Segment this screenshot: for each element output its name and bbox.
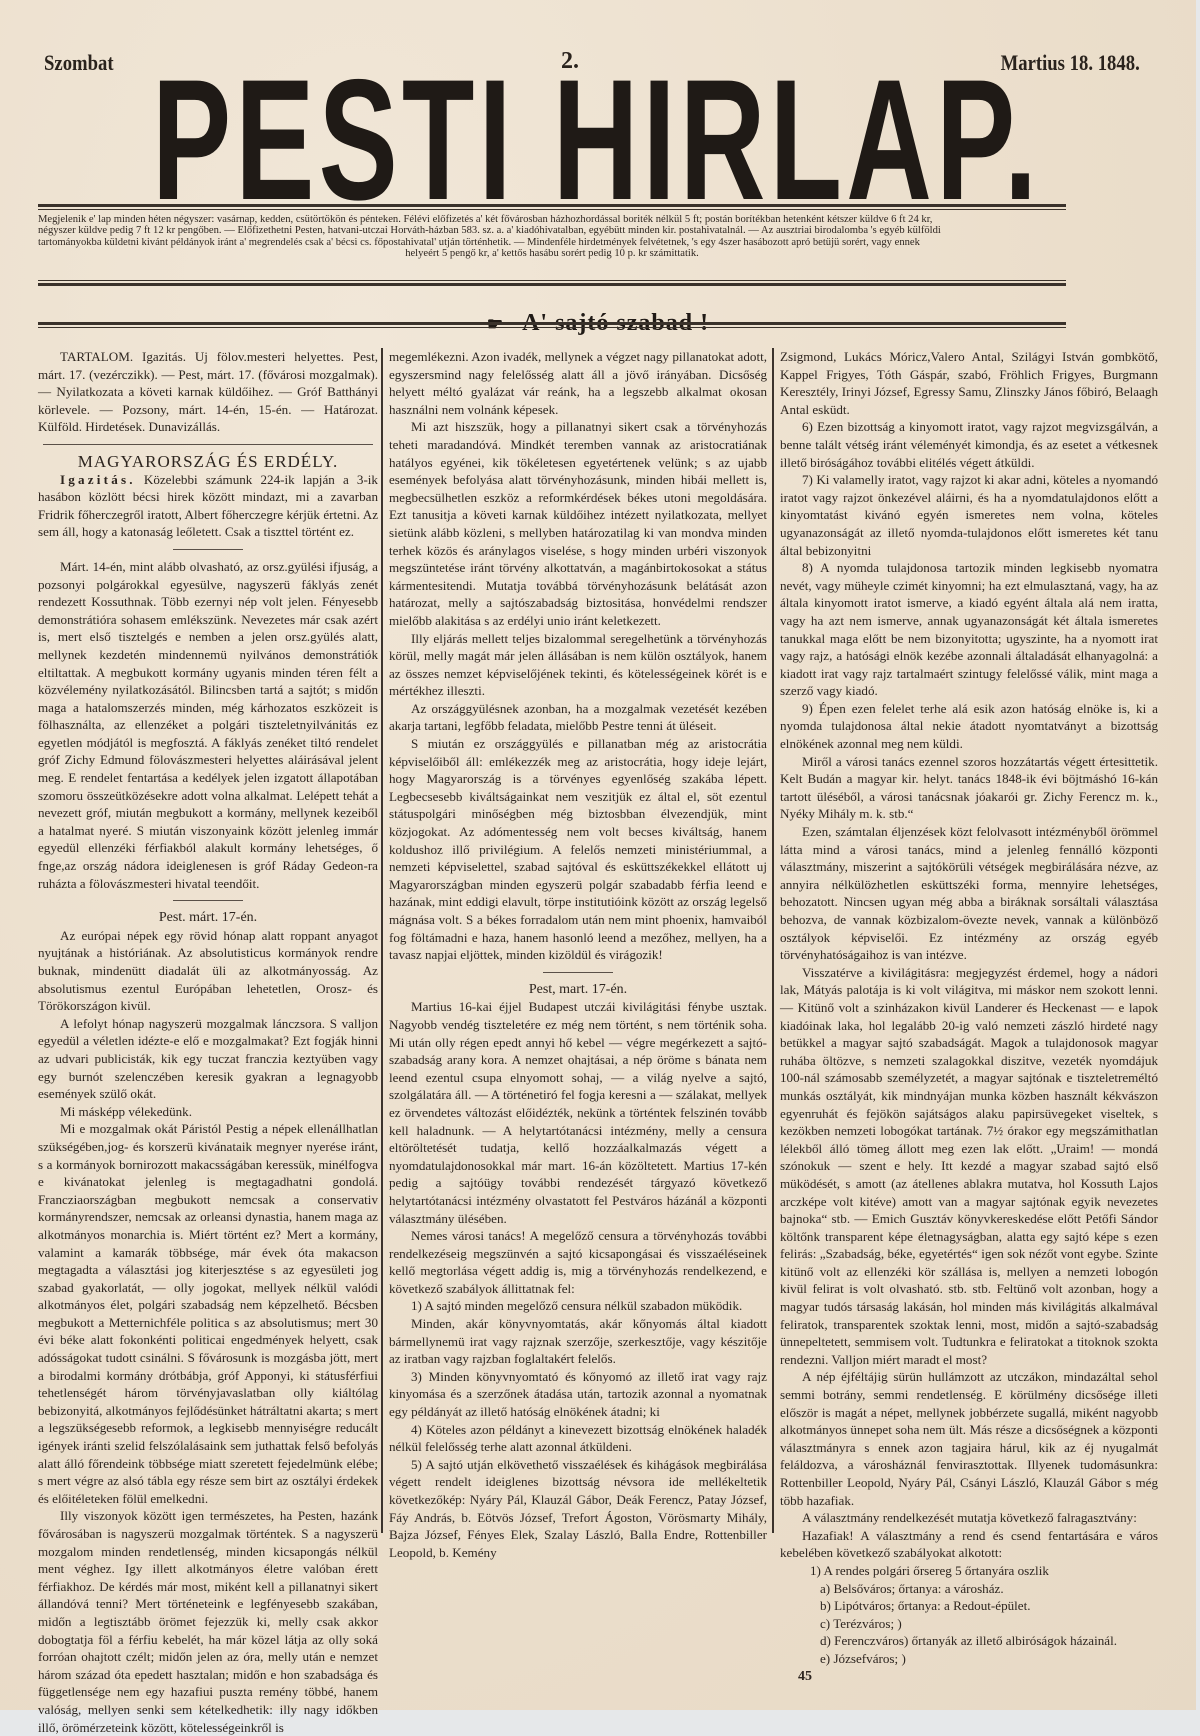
motto-rule-thin <box>38 327 1066 328</box>
column-1: TARTALOM. Igazitás. Uj fölov.mesteri hel… <box>38 348 378 1723</box>
newspaper-title: PESTI HIRLAP. <box>152 78 1032 202</box>
table-of-contents: TARTALOM. Igazitás. Uj fölov.mesteri hel… <box>38 348 378 436</box>
article-paragraph: Nemes városi tanács! A megelőző censura … <box>389 1227 767 1297</box>
decree-rule: 8) A nyomda tulajdonosa tartozik minden … <box>780 559 1158 700</box>
article-paragraph: Ezen, számtalan éljenzések közt felolvas… <box>780 823 1158 964</box>
info-rule-thin <box>38 280 1066 281</box>
correction-label: Igazitás. <box>60 472 136 487</box>
info-line: helyeért 5 pengő kr, a' kettős hasábu so… <box>38 248 1066 259</box>
info-rule-thick <box>38 283 1066 286</box>
article-paragraph: megemlékezni. Azon ivadék, mellynek a vé… <box>389 348 767 418</box>
column-3: Zsigmond, Lukács Móricz,Valero Antal, Sz… <box>780 348 1158 1685</box>
decree-rule: Minden, akár könyvnyomtatás, akár kőnyom… <box>389 1315 767 1368</box>
article-dateline: Pest. márt. 17-én. <box>38 909 378 927</box>
list-intro: 1) A rendes polgári őrsereg 5 őrtanyára … <box>780 1562 1158 1580</box>
separator <box>43 444 373 445</box>
article-paragraph: Visszatérve a kivilágitásra: megjegyzést… <box>780 964 1158 1369</box>
page-number: 45 <box>780 1668 1158 1686</box>
newspaper-page: Szombat 2. Martius 18. 1848. PESTI HIRLA… <box>0 0 1196 1710</box>
column-divider <box>381 348 383 1533</box>
decree-rule: 4) Köteles azon példányt a kinevezett bi… <box>389 1421 767 1456</box>
issue-number: 2. <box>561 48 579 75</box>
issue-date: Martius 18. 1848. <box>1001 50 1140 76</box>
article-paragraph: Illy viszonyok között igen természetes, … <box>38 1507 378 1723</box>
motto-rule-thick <box>38 322 1066 325</box>
article-paragraph: Az országgyülésnek azonban, ha a mozgalm… <box>389 700 767 735</box>
section-heading: MAGYARORSZÁG ÉS ERDÉLY. <box>38 453 378 471</box>
decree-rule: 9) Épen ezen felelet terhe alá esik azon… <box>780 700 1158 753</box>
article-paragraph: A választmány rendelkezését mutatja köve… <box>780 1509 1158 1527</box>
decree-closing: Miről a városi tanács ezennel szoros hoz… <box>780 753 1158 823</box>
info-line: tartományokba küldetni kivánt példányok … <box>38 237 1066 248</box>
list-item: b) Lipótváros; őrtanya: a Redout-épület. <box>780 1597 1158 1615</box>
decree-rule: 7) Ki valamelly iratot, vagy rajzot ki a… <box>780 471 1158 559</box>
article-paragraph: Az európai népek egy rövid hónap alatt r… <box>38 927 378 1015</box>
article-paragraph: Mi e mozgalmak okát Páristól Pestig a né… <box>38 1120 378 1507</box>
masthead-rule-top-thin <box>38 209 1066 210</box>
decree-rule: 5) A sajtó utján elkövethető visszaélése… <box>389 1456 767 1562</box>
article-paragraph: A lefolyt hónap nagyszerü mozgalmak lánc… <box>38 1015 378 1103</box>
subscription-info: Megjelenik e' lap minden héten négyszer:… <box>38 214 1066 260</box>
list-item: a) Belsőváros; őrtanya: a városház. <box>780 1580 1158 1598</box>
list-item: e) Józsefváros; ) <box>780 1650 1158 1668</box>
article-paragraph: S miután ez országgyülés e pillanatban m… <box>389 735 767 964</box>
info-line: Megjelenik e' lap minden héten négyszer:… <box>38 214 1066 225</box>
article-paragraph: Martius 16-kai éjjel Budapest utczái kiv… <box>389 998 767 1227</box>
list-item: d) Ferenczváros) őrtanyák az illető albi… <box>780 1632 1158 1650</box>
decree-rule: 1) A sajtó minden megelőző censura nélkü… <box>389 1297 767 1315</box>
weekday: Szombat <box>44 50 114 76</box>
article-paragraph: A nép éjféltájig sürün hullámzott az utc… <box>780 1368 1158 1509</box>
column-2: megemlékezni. Azon ivadék, mellynek a vé… <box>389 348 767 1561</box>
info-line: négyszer küldve pedig 7 ft 12 kr pengőbe… <box>38 225 1066 236</box>
article-paragraph: Zsigmond, Lukács Móricz,Valero Antal, Sz… <box>780 348 1158 418</box>
article-paragraph: Mi másképp vélekedünk. <box>38 1103 378 1121</box>
article-paragraph: Illy eljárás mellett teljes bizalommal s… <box>389 630 767 700</box>
title-text: PESTI HIRLAP. <box>152 78 759 202</box>
list-item: c) Terézváros; ) <box>780 1615 1158 1633</box>
separator <box>173 549 243 550</box>
masthead-rule-top <box>38 204 1066 207</box>
article-paragraph: Mi azt hiszszük, hogy a pillanatnyi sike… <box>389 418 767 629</box>
article-paragraph: Hazafiak! A választmány a rend és csend … <box>780 1527 1158 1562</box>
separator <box>173 900 243 901</box>
article-paragraph: Márt. 14-én, mint alább olvasható, az or… <box>38 558 378 892</box>
masthead-dateline: Szombat 2. Martius 18. 1848. <box>44 50 1140 80</box>
decree-rule: 3) Minden könyvnyomtató és kőnyomó az il… <box>389 1368 767 1421</box>
correction-paragraph: Igazitás. Közelebbi számunk 224-ik lapjá… <box>38 471 378 541</box>
decree-rule: 6) Ezen bizottság a kinyomott iratot, va… <box>780 418 1158 471</box>
separator <box>543 972 613 973</box>
article-dateline: Pest, mart. 17-én. <box>389 981 767 999</box>
column-divider <box>772 348 774 1533</box>
